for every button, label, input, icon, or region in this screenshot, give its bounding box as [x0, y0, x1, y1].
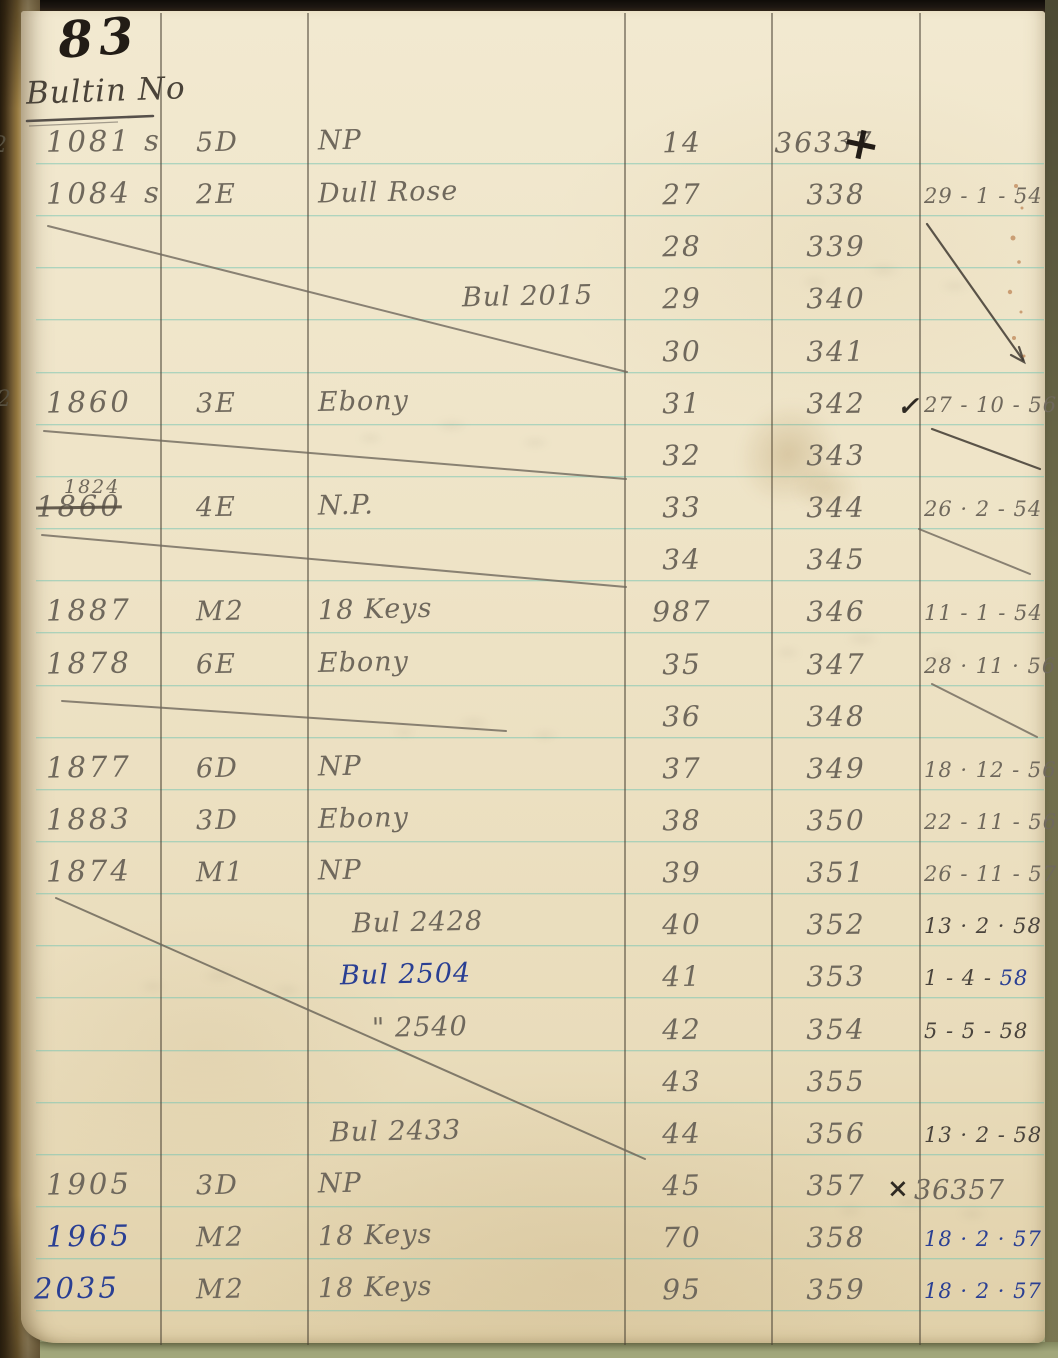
cell-finish: " 2540: [372, 1012, 468, 1044]
cell-item-no: 35: [662, 650, 702, 681]
cell-finish: 18 Keys: [318, 594, 433, 626]
cell-model: 6E: [196, 650, 237, 680]
ruled-line: [36, 841, 1044, 842]
cell-date: 5 - 5 - 58: [924, 1020, 1028, 1043]
ruled-line: [36, 372, 1044, 373]
ruled-line: [36, 163, 1044, 164]
cell-item-no: 40: [662, 910, 702, 941]
cell-serial-no: 345: [806, 545, 866, 576]
cell-date: 1 - 4 - 58: [924, 967, 1028, 990]
column-header: Bultin No: [25, 71, 186, 111]
cell-model: M2: [196, 1275, 245, 1306]
book-right-edge: [1045, 0, 1058, 1358]
cell-bultin-no: 1878: [46, 647, 132, 680]
cell-serial-no: 355: [806, 1067, 866, 1098]
cell-serial-no: 354: [806, 1015, 866, 1046]
cell-model: 3E: [196, 389, 237, 419]
cell-model: 3D: [196, 806, 239, 836]
cell-date: 13 · 2 · 58: [924, 915, 1042, 938]
cell-finish: 18 Keys: [318, 1272, 433, 1304]
cell-model: M2: [196, 597, 245, 628]
date-check-mark: ×: [887, 1175, 909, 1204]
cell-item-no: 28: [662, 232, 702, 263]
cell-bultin-no: 1084 s: [46, 177, 162, 211]
cell-finish: N.P.: [318, 490, 374, 521]
cell-model: M2: [196, 1223, 245, 1254]
cell-bultin-no: 1081 s: [46, 125, 162, 159]
cell-finish: Ebony: [318, 647, 410, 679]
cell-item-no: 45: [662, 1171, 702, 1202]
cell-date: 36357: [914, 1176, 1005, 1206]
date-check-mark: ✓: [897, 393, 919, 422]
cell-date: 26 · 2 - 54: [924, 498, 1042, 521]
cell-serial-no: 339: [806, 232, 866, 263]
cell-finish: 18 Keys: [318, 1220, 433, 1252]
cell-serial-no: 343: [806, 441, 866, 472]
cell-model: 6D: [196, 754, 239, 784]
cell-date: 18 · 12 - 56: [924, 759, 1057, 782]
cell-serial-no: 347: [806, 650, 866, 681]
cell-item-no: 32: [662, 441, 702, 472]
cell-item-no: 41: [662, 962, 702, 993]
cell-item-no: 95: [662, 1275, 702, 1306]
ruled-line: [36, 1050, 1044, 1051]
column-divider: [307, 13, 309, 1345]
cell-serial-no: 350: [806, 806, 866, 837]
cell-item-no: 27: [662, 180, 702, 211]
margin-fragment: 2: [0, 134, 7, 158]
cell-date: 18 · 2 · 57: [924, 1280, 1042, 1303]
ink-bleedthrough: [370, 698, 600, 760]
cell-model: M1: [196, 858, 245, 889]
cell-finish: NP: [318, 856, 362, 887]
column-divider: [624, 13, 626, 1345]
cell-item-no: 37: [662, 754, 702, 785]
cell-serial-no: 357: [806, 1171, 866, 1202]
cell-bultin-no: 1965: [46, 1220, 132, 1253]
cell-serial-no: 348: [806, 702, 866, 733]
cell-date: 13 · 2 - 58: [924, 1124, 1042, 1147]
cell-date: 11 - 1 - 54: [924, 602, 1043, 625]
column-divider: [160, 13, 162, 1345]
cell-bultin-no: 1877: [46, 751, 132, 784]
cell-finish: NP: [318, 126, 362, 157]
ruled-line: [36, 215, 1044, 216]
cell-serial-no: 351: [806, 858, 866, 889]
ink-bleedthrough: [120, 948, 340, 1018]
cell-finish: Dull Rose: [318, 177, 459, 210]
ruled-line: [36, 1258, 1044, 1259]
cell-date: 29 - 1 - 54: [924, 185, 1043, 208]
cell-finish: Ebony: [318, 386, 410, 418]
cell-date: 28 · 11 · 56: [924, 655, 1056, 678]
cell-serial-no: 352: [806, 910, 866, 941]
ruled-line: [36, 580, 1044, 581]
cell-bultin-no: 1887: [46, 594, 132, 627]
cell-model: 4E: [196, 493, 237, 523]
cell-bultin-no: 1905: [46, 1168, 132, 1201]
bultin-alt-number: 1824: [64, 477, 120, 498]
scan-mat-bottom: [0, 1342, 1058, 1358]
cell-item-no: 36: [662, 702, 702, 733]
cell-item-no: 33: [662, 493, 702, 524]
cell-date: 26 - 11 - 57: [924, 863, 1057, 886]
page-number: 83: [56, 7, 141, 68]
cell-model: 5D: [196, 128, 239, 158]
cell-date: 18 · 2 · 57: [924, 1228, 1042, 1251]
cell-item-no: 39: [662, 858, 702, 889]
margin-fragment: 2: [0, 388, 11, 412]
cell-date: 27 - 10 - 56: [924, 394, 1057, 417]
cell-serial-no: 356: [806, 1119, 866, 1150]
cell-item-no: 30: [662, 337, 702, 368]
ruled-line: [36, 945, 1044, 946]
cell-model: 3D: [196, 1171, 239, 1201]
cell-serial-no: 340: [806, 284, 866, 315]
cell-item-no: 14: [662, 128, 702, 159]
cell-bultin-no: 1883: [46, 803, 132, 836]
cell-finish: Bul 2433: [330, 1116, 462, 1148]
ruled-line: [36, 789, 1044, 790]
cell-serial-no: 344: [806, 493, 866, 524]
cell-item-no: 31: [662, 389, 702, 420]
ruled-line: [36, 1102, 1044, 1103]
cell-bultin-no: 1860: [46, 386, 132, 419]
cell-serial-no: 349: [806, 754, 866, 785]
ruled-line: [36, 1310, 1044, 1311]
ruled-line: [36, 319, 1044, 320]
cell-item-no: 43: [662, 1067, 702, 1098]
cell-date: 22 - 11 - 56: [924, 811, 1057, 834]
cell-item-no: 38: [662, 806, 702, 837]
cell-bultin-no: 1874: [46, 855, 132, 888]
cell-serial-no: 359: [806, 1275, 866, 1306]
cell-serial-no: 346: [806, 597, 866, 628]
cell-finish: NP: [318, 1169, 362, 1200]
cell-serial-no: 358: [806, 1223, 866, 1254]
cell-finish: Bul 2015: [462, 281, 594, 313]
cell-finish: Bul 2428: [352, 907, 484, 939]
cell-item-no: 70: [662, 1223, 702, 1254]
cell-finish: Ebony: [318, 803, 410, 835]
cell-serial-no: 353: [806, 962, 866, 993]
cell-bultin-no: 2035: [34, 1272, 120, 1305]
cell-item-no: 34: [662, 545, 702, 576]
cell-model: 2E: [196, 180, 237, 210]
cell-item-no: 29: [662, 284, 702, 315]
cell-serial-no: 342: [806, 389, 866, 420]
cell-finish: Bul 2504: [340, 959, 472, 991]
cell-serial-no: 338: [806, 180, 866, 211]
ruled-line: [36, 893, 1044, 894]
cell-item-no: 987: [652, 596, 712, 628]
ruled-line: [36, 476, 1044, 477]
ruled-line: [36, 528, 1044, 529]
cell-item-no: 42: [662, 1015, 702, 1046]
cell-serial-no: 341: [806, 337, 866, 368]
ruled-line: [36, 1154, 1044, 1155]
cell-item-no: 44: [662, 1119, 702, 1150]
scanned-ledger-page: 83 Bultin No 2 2 1081 s 5D NP 14 36337 +…: [0, 0, 1058, 1358]
cell-finish: NP: [318, 752, 362, 783]
